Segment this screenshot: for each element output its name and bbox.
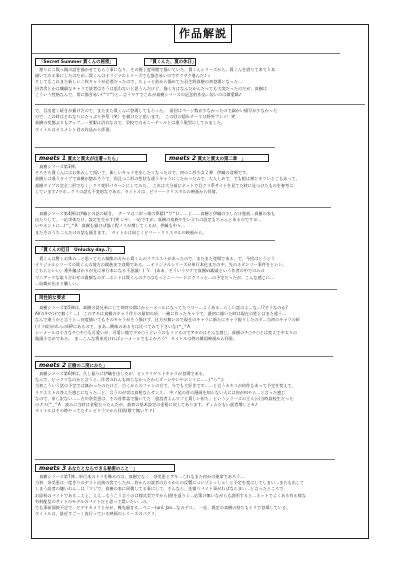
- episode-mark: meets 1: [39, 155, 66, 162]
- section-tag: 「貫くんた、夏の休日」: [144, 58, 196, 66]
- divider: [35, 240, 275, 241]
- section-tag: meets 2 貫太と貫太の第二章 」: [165, 154, 269, 162]
- tag-label: 正樹の二度にかた」: [68, 364, 108, 369]
- divider: [35, 147, 275, 148]
- document-page: 作品解説 「Secret Summer 貫くんの秘密」 「貫くんた、夏の休日」 …: [31, 24, 369, 539]
- section-tag: meets 1 貫太と貫太が出遭ったら」: [35, 154, 147, 162]
- tag-label: 貫太と貫太の第二章 」: [198, 157, 246, 162]
- episode-mark: meets 2: [39, 362, 66, 369]
- divider: [35, 459, 335, 460]
- section-text: 真樹シリーズ第3弾。 そろそろ貫くんにはお休みして頂いて、新しいキャラを出したく…: [35, 164, 365, 195]
- divider: [35, 289, 337, 290]
- section-text: 真樹シリーズ第6弾は、久し振りに伊織を出したが、ビックリゲストキャラが登場である…: [35, 371, 365, 414]
- divider: [32, 53, 340, 54]
- section-tag: 「Secret Summer 貫くんの秘密」: [35, 58, 117, 66]
- episode-mark: meets 2: [169, 155, 196, 162]
- section-text: 貫くんは暫しお休み…と思ってたら編集の方から貫くんのリクエストがあったので、また…: [35, 256, 365, 287]
- section-tag: 「貫くんの厄日 Unlucky day..?」: [35, 246, 125, 254]
- section-text: 真樹シリーズ第7弾…単行本のトリを飾るのは、真樹でなく、奈美恵とアキ…これもまた…: [35, 474, 365, 517]
- section-tag: 再性的な要求: [35, 294, 80, 302]
- tag-label: あなたとならできる秘密のこと♡」: [68, 467, 138, 472]
- section-text: 真樹シリーズ第5弾は、真樹の従兄弟にして何時の間にかシーメールになってたツワー……: [35, 305, 365, 342]
- section-text: 割りにニ数っ銭の話を描かせてもらう事になり、その後丁度単館で描いていた、貫くんシ…: [35, 67, 365, 98]
- divider: [35, 104, 365, 105]
- episode-mark: meets 3: [39, 465, 66, 472]
- section-text: 真樹シリーズ第4弾は伊織との話の続き。 テーマは二形っ娘の夢精(^▽^)♪……と…: [35, 211, 365, 236]
- tag-label: 貫太と貫太が出遭ったら」: [68, 157, 121, 162]
- page-title: 作品解説: [174, 24, 232, 43]
- section-tag: meets 2 正樹の二度にかた」: [35, 361, 131, 369]
- section-text: で、目出度く続きが描けたので、またまた貫くんに登場してもらった。 前回はページ数…: [35, 108, 365, 133]
- section-tag: meets 3 あなたとならできる秘密のこと♡」: [35, 464, 175, 472]
- divider: [35, 356, 333, 357]
- divider: [35, 207, 331, 208]
